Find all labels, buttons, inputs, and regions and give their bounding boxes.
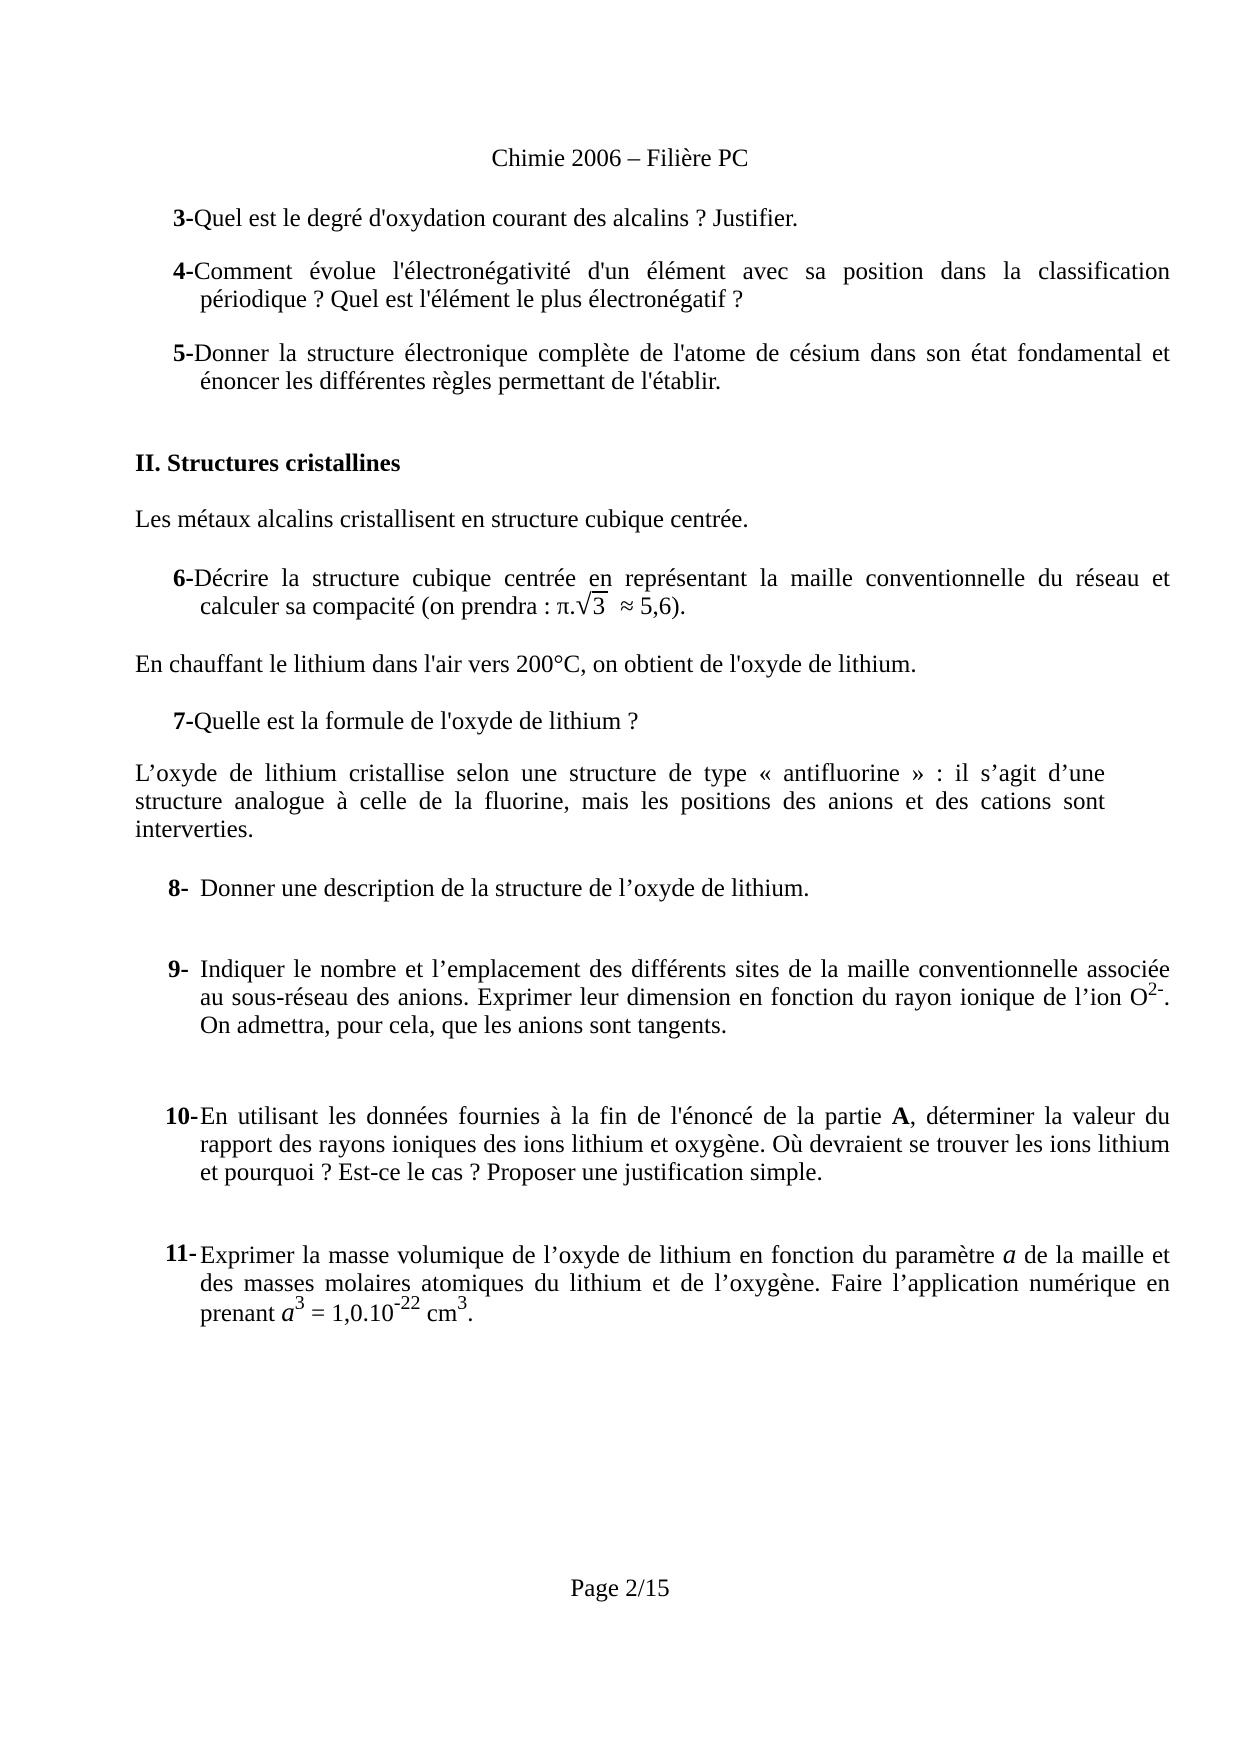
equation-variable-a: a xyxy=(281,1297,295,1327)
sqrt-radicand: 3 xyxy=(592,591,609,620)
equation-middle: = 1,0.10 xyxy=(305,1300,394,1327)
question-4-text: Comment évolue l'électronégativité d'un … xyxy=(194,258,1170,313)
question-10: 10-En utilisant les données fournies à l… xyxy=(135,1103,1170,1187)
question-10-text-before: En utilisant les données fournies à la f… xyxy=(200,1103,892,1130)
question-5: 5-Donner la structure électronique compl… xyxy=(135,340,1170,396)
question-5-number: 5- xyxy=(173,340,194,367)
question-9-text-before: Indiquer le nombre et l’emplacement des … xyxy=(200,956,1170,1011)
equation-unit: cm xyxy=(421,1300,458,1327)
paragraph-alcalins: Les métaux alcalins cristallisent en str… xyxy=(135,506,1105,534)
equation-exponent-3: 3 xyxy=(295,1292,305,1314)
question-7-text: Quelle est la formule de l'oxyde de lith… xyxy=(194,708,639,735)
question-9: 9-Indiquer le nombre et l’emplacement de… xyxy=(135,956,1170,1040)
question-8: 8-Donner une description de la structure… xyxy=(135,875,1170,903)
question-11-text-1: Exprimer la masse volumique de l’oxyde d… xyxy=(200,1242,1003,1269)
question-3: 3-Quel est le degré d'oxydation courant … xyxy=(135,205,1170,233)
question-3-text: Quel est le degré d'oxydation courant de… xyxy=(194,205,798,232)
question-5-text: Donner la structure électronique complèt… xyxy=(194,340,1170,395)
page-title: Chimie 2006 – Filière PC xyxy=(135,145,1105,173)
equation-period: . xyxy=(467,1300,473,1327)
paragraph-lithium-air: En chauffant le lithium dans l'air vers … xyxy=(135,651,1105,679)
question-4: 4-Comment évolue l'électronégativité d'u… xyxy=(135,258,1170,314)
paragraph-antifluorine: L’oxyde de lithium cristallise selon une… xyxy=(135,760,1105,844)
page-number-footer: Page 2/15 xyxy=(135,1575,1105,1603)
question-10-bold-a: A xyxy=(892,1103,910,1130)
document-page: Chimie 2006 – Filière PC 3-Quel est le d… xyxy=(0,0,1240,1754)
question-7-number: 7- xyxy=(173,708,194,735)
oxygen-ion-superscript: 2- xyxy=(1148,979,1164,1000)
sqrt-symbol: √ xyxy=(576,589,592,621)
question-8-number: 8- xyxy=(168,875,189,903)
equation-a3: a3 = 1,0.10-22 cm3. xyxy=(281,1300,473,1327)
question-11: 11-Exprimer la masse volumique de l’oxyd… xyxy=(135,1240,1170,1328)
parameter-a-variable: a xyxy=(1003,1239,1017,1269)
question-3-number: 3- xyxy=(173,205,194,232)
section-heading-2: II. Structures cristallines xyxy=(135,450,1105,478)
question-9-number: 9- xyxy=(168,956,189,984)
question-8-text: Donner une description de la structure d… xyxy=(200,875,810,902)
question-10-number: 10- xyxy=(165,1103,198,1131)
question-4-number: 4- xyxy=(173,258,194,285)
question-6: 6-Décrire la structure cubique centrée e… xyxy=(135,565,1170,621)
sqrt-radical: √3 xyxy=(576,593,608,620)
question-6-text-after: ≈ 5,6). xyxy=(620,593,686,620)
question-11-number: 11- xyxy=(165,1240,197,1268)
equation-exponent-unit-3: 3 xyxy=(457,1292,467,1314)
question-7: 7-Quelle est la formule de l'oxyde de li… xyxy=(135,708,1170,736)
equation-exponent-minus22: -22 xyxy=(394,1292,421,1314)
question-6-number: 6- xyxy=(173,565,194,592)
